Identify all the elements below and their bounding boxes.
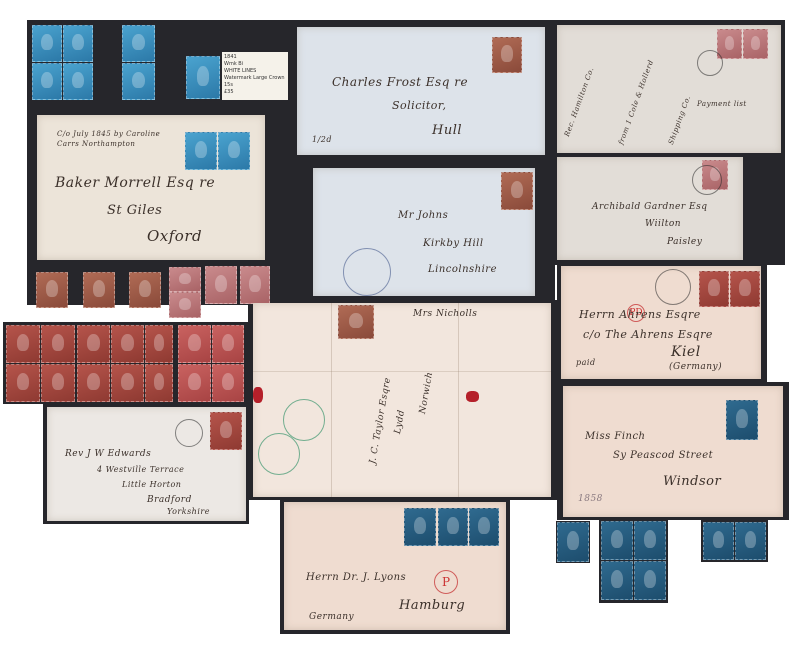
stamp <box>83 272 115 308</box>
cover-edwards[interactable]: Rev J W Edwards 4 Westville Terrace Litt… <box>47 407 246 521</box>
cover-address-line: Wiilton <box>645 219 681 229</box>
stamp <box>699 271 729 307</box>
cover-kirkby[interactable]: Mr Johns Kirkby Hill Lincolnshire <box>313 168 535 296</box>
cover-address-line: St Giles <box>107 203 162 218</box>
stamp <box>438 508 468 546</box>
cover-note: paid <box>576 358 596 367</box>
stamp <box>63 63 93 100</box>
cover-kiel[interactable]: PD Herrn Ahrens Esqre c/o The Ahrens Esq… <box>561 266 761 379</box>
cover-address-line: Mrs Nicholls <box>413 309 477 319</box>
stamp <box>212 325 244 363</box>
stamp <box>145 325 173 363</box>
cover-address-line: Mr Johns <box>398 210 448 221</box>
stamp <box>32 25 62 62</box>
fold-line <box>458 303 459 497</box>
stamp <box>469 508 499 546</box>
stamp <box>169 267 201 292</box>
cover-receipt[interactable]: Rec. Hamilton Co. from 1 Cole & Hollerd … <box>557 25 781 153</box>
cover-address-line: Kiel <box>671 344 701 360</box>
cover-address-line: Miss Finch <box>585 431 646 442</box>
stamp-group-2d-blue-single[interactable] <box>186 56 220 99</box>
postmark <box>697 50 723 76</box>
stamp <box>735 522 766 560</box>
cover-address-line: Herrn Ahrens Esqre <box>579 308 701 321</box>
stamp <box>41 364 75 402</box>
stamp <box>77 364 110 402</box>
cover-address-line: Baker Morrell Esq re <box>55 175 215 191</box>
stock-card-line6: £35 <box>224 89 286 96</box>
stamp <box>145 364 173 402</box>
wax-seal <box>466 391 479 402</box>
cover-address-line: Hull <box>432 123 462 138</box>
stamp <box>634 521 666 560</box>
cover-address-line: Solicitor, <box>392 99 446 112</box>
cover-address-line: Norwich <box>418 371 435 415</box>
cover-morrell[interactable]: C/o July 1845 by Caroline Carrs Northamp… <box>37 115 265 260</box>
stamp <box>178 325 211 363</box>
stock-card-line3: WHITE LINES <box>224 68 286 75</box>
stamp <box>501 172 533 210</box>
stamp <box>6 325 40 363</box>
stamp <box>129 272 161 308</box>
cover-address-line: Paisley <box>667 237 702 247</box>
cover-note: Germany <box>309 612 354 622</box>
stock-card-line2: Wmk Bi <box>224 61 286 68</box>
cover-address-line: (Germany) <box>669 362 722 372</box>
stamp <box>601 521 633 560</box>
cover-address-line: Herrn Dr. J. Lyons <box>306 572 406 583</box>
stamp <box>601 561 633 600</box>
cover-address-line: Rev J W Edwards <box>65 449 151 459</box>
stamp <box>32 63 62 100</box>
stamp <box>41 325 75 363</box>
cover-finch[interactable]: Miss Finch Sy Peascod Street Windsor 185… <box>563 386 783 517</box>
cover-note: C/o July 1845 by Caroline Carrs Northamp… <box>57 129 167 149</box>
stamp <box>492 37 522 73</box>
cover-address-line: c/o The Ahrens Esqre <box>583 328 713 341</box>
cover-address-line: Kirkby Hill <box>423 238 484 249</box>
cover-gardner[interactable]: Archibald Gardner Esq Wiilton Paisley <box>557 157 743 260</box>
postmark <box>343 248 391 296</box>
postmark <box>692 165 722 195</box>
cover-address-line: Lydd <box>393 409 407 435</box>
cover-address-line: 4 Westville Terrace <box>97 465 184 474</box>
cover-address-line: Little Horton <box>122 480 181 489</box>
cover-frost[interactable]: Charles Frost Esq re Solicitor, Hull 1/2… <box>297 27 545 155</box>
stamp <box>404 508 436 546</box>
handstamp-p: P <box>434 570 458 594</box>
wax-seal <box>253 387 263 403</box>
cover-address-line: Windsor <box>663 474 721 489</box>
cover-address-line: Archibald Gardner Esq <box>592 202 708 212</box>
cover-address-line: Shipping Co. <box>667 94 692 145</box>
stamp <box>634 561 666 600</box>
postmark <box>655 269 691 305</box>
stamp <box>63 25 93 62</box>
stock-card-line4: Watermark Large Crown <box>224 75 286 82</box>
postmark-norwich <box>283 399 325 441</box>
cover-note: Payment list <box>697 100 747 108</box>
cover-hamburg[interactable]: P Herrn Dr. J. Lyons Hamburg Germany <box>284 502 506 630</box>
stamp <box>240 266 270 304</box>
stamp <box>703 522 734 560</box>
stamp-group-2d-dark-blue-single[interactable] <box>557 522 589 562</box>
cover-nicholls[interactable]: Mrs Nicholls J. C. Taylor Esqre Lydd Nor… <box>253 303 551 497</box>
stamp <box>122 63 155 100</box>
postmark-green <box>258 433 300 475</box>
stamp <box>111 325 144 363</box>
stamp <box>169 292 201 318</box>
stamp <box>178 364 211 402</box>
stamp <box>77 325 110 363</box>
stamp <box>36 272 68 308</box>
stamp <box>122 25 155 62</box>
cover-address-line: J. C. Taylor Esqre <box>368 377 393 465</box>
cover-address-line: Sy Peascod Street <box>613 450 713 461</box>
stamp <box>185 132 217 170</box>
cover-address-line: Hamburg <box>399 598 465 613</box>
cover-address-line: Rec. Hamilton Co. <box>563 66 596 137</box>
cover-note: 1858 <box>578 494 603 504</box>
cover-address-line: Lincolnshire <box>428 264 497 275</box>
stamp <box>218 132 250 170</box>
stamp <box>743 29 768 59</box>
stock-card-line5: 15s <box>224 82 286 89</box>
stamp <box>726 400 758 440</box>
stamp <box>717 29 742 59</box>
stamp <box>6 364 40 402</box>
stock-card-line1: 1841 <box>224 54 286 61</box>
fold-line <box>331 303 332 497</box>
cover-note: 1/2d <box>312 135 332 144</box>
stamp <box>338 305 374 339</box>
stamp <box>111 364 144 402</box>
stock-card-label: 1841 Wmk Bi WHITE LINES Watermark Large … <box>222 52 288 100</box>
fold-line <box>253 371 551 372</box>
cover-address-line: from 1 Cole & Hollerd <box>617 59 655 146</box>
stamp <box>730 271 760 307</box>
cover-address-line: Oxford <box>147 227 202 245</box>
stamp <box>205 266 237 304</box>
cover-address-line: Yorkshire <box>167 507 210 516</box>
postmark <box>175 419 203 447</box>
stamp <box>212 364 244 402</box>
cover-address-line: Charles Frost Esq re <box>332 75 468 89</box>
cover-address-line: Bradford <box>147 495 192 505</box>
stamp <box>210 412 242 450</box>
